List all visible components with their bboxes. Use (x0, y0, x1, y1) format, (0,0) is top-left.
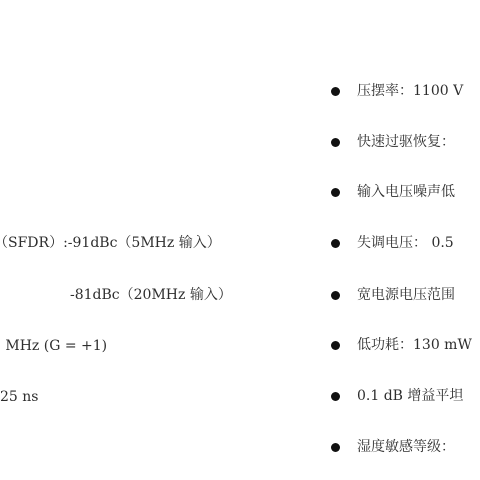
list-item: 压摆率：1100 V (331, 82, 463, 100)
feature-offset-voltage: 失调电压： 0.5 (357, 234, 454, 252)
sfdr-20mhz-line: -81dBc（20MHz 输入） (70, 286, 232, 304)
bullet-icon (331, 291, 340, 300)
list-item: 快速过驱恢复： (331, 133, 455, 151)
list-item: 0.1 dB 增益平坦 (331, 387, 463, 405)
bullet-icon (331, 239, 340, 248)
bullet-icon (331, 87, 340, 96)
bullet-icon (331, 138, 340, 147)
list-item: 湿度敏感等级： (331, 438, 455, 456)
feature-low-power: 低功耗：130 mW (357, 336, 472, 354)
settling-time-line: 25 ns (0, 388, 38, 406)
bullet-icon (331, 443, 340, 452)
feature-slew-rate: 压摆率：1100 V (357, 82, 463, 100)
list-item: 低功耗：130 mW (331, 336, 472, 354)
list-item: 宽电源电压范围 (331, 286, 455, 304)
feature-supply-range: 宽电源电压范围 (357, 286, 455, 304)
feature-low-noise: 输入电压噪声低 (357, 183, 455, 201)
bullet-icon (331, 392, 340, 401)
bullet-icon (331, 341, 340, 350)
feature-gain-flatness: 0.1 dB 增益平坦 (357, 387, 463, 405)
feature-overdrive-recovery: 快速过驱恢复： (357, 133, 455, 151)
bandwidth-spec-line: 5 MHz (G = +1) (0, 337, 107, 355)
list-item: 失调电压： 0.5 (331, 234, 454, 252)
sfdr-spec-line: （SFDR）:-91dBc（5MHz 输入） (0, 234, 221, 252)
feature-msl: 湿度敏感等级： (357, 438, 455, 456)
bullet-icon (331, 188, 340, 197)
list-item: 输入电压噪声低 (331, 183, 455, 201)
